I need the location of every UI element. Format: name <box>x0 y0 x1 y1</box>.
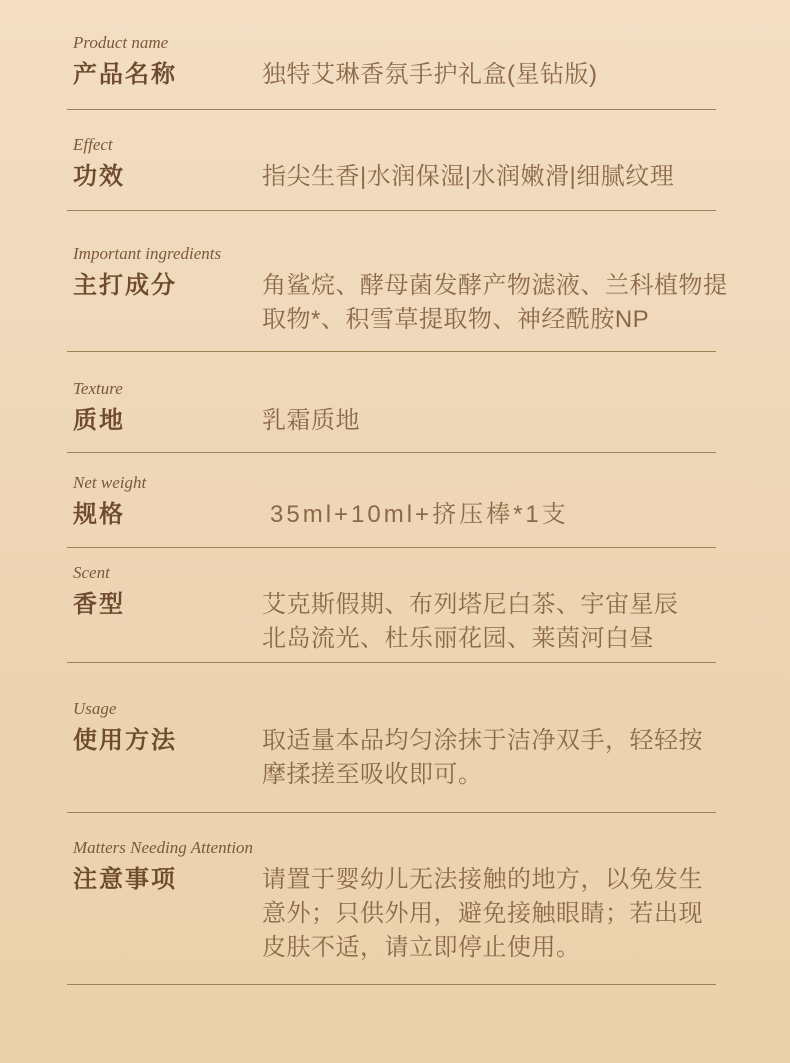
spec-label-en: Usage <box>73 698 728 720</box>
spec-value: 角鲨烷、酵母菌发酵产物滤液、兰科植物提 取物*、积雪草提取物、神经酰胺NP <box>262 269 728 337</box>
spec-row-product-name: Product name 产品名称 独特艾琳香氛手护礼盒(星钻版) <box>0 0 790 110</box>
spec-label-zh: 规格 <box>73 498 262 532</box>
bottom-spacer <box>0 985 790 1063</box>
spec-row-ingredients: Important ingredients 主打成分 角鲨烷、酵母菌发酵产物滤液… <box>0 211 790 352</box>
spec-row-scent: Scent 香型 艾克斯假期、布列塔尼白茶、宇宙星辰 北岛流光、杜乐丽花园、莱茵… <box>0 548 790 663</box>
spec-label-zh: 功效 <box>73 160 262 194</box>
spec-label-zh: 质地 <box>73 404 262 438</box>
spec-value: 艾克斯假期、布列塔尼白茶、宇宙星辰 北岛流光、杜乐丽花园、莱茵河白昼 <box>262 588 728 656</box>
spec-row-attention: Matters Needing Attention 注意事项 请置于婴幼儿无法接… <box>0 813 790 985</box>
spec-label-zh: 主打成分 <box>73 269 262 303</box>
spec-value: 指尖生香|水润保湿|水润嫩滑|细腻纹理 <box>262 160 728 194</box>
product-spec-table: Product name 产品名称 独特艾琳香氛手护礼盒(星钻版) Effect… <box>0 0 790 1063</box>
spec-label-en: Scent <box>73 562 728 584</box>
spec-value: 乳霜质地 <box>262 404 728 438</box>
spec-label-en: Important ingredients <box>73 243 728 265</box>
spec-label-zh: 注意事项 <box>73 863 262 897</box>
spec-row-net-weight: Net weight 规格 35ml+10ml+挤压棒*1支 <box>0 453 790 548</box>
spec-label-en: Net weight <box>73 472 728 494</box>
spec-label-en: Product name <box>73 32 728 54</box>
spec-value: 独特艾琳香氛手护礼盒(星钻版) <box>262 58 728 92</box>
spec-label-zh: 产品名称 <box>73 58 262 92</box>
spec-row-effect: Effect 功效 指尖生香|水润保湿|水润嫩滑|细腻纹理 <box>0 110 790 211</box>
spec-row-usage: Usage 使用方法 取适量本品均匀涂抹于洁净双手，轻轻按 摩揉搓至吸收即可。 <box>0 663 790 813</box>
spec-value: 请置于婴幼儿无法接触的地方，以免发生 意外；只供外用，避免接触眼睛；若出现 皮肤… <box>262 863 728 965</box>
spec-label-en: Texture <box>73 378 728 400</box>
spec-label-zh: 使用方法 <box>73 724 262 758</box>
spec-label-en: Effect <box>73 134 728 156</box>
spec-row-texture: Texture 质地 乳霜质地 <box>0 352 790 453</box>
spec-value: 35ml+10ml+挤压棒*1支 <box>262 498 728 532</box>
spec-label-zh: 香型 <box>73 588 262 622</box>
spec-label-en: Matters Needing Attention <box>73 837 728 859</box>
spec-value: 取适量本品均匀涂抹于洁净双手，轻轻按 摩揉搓至吸收即可。 <box>262 724 728 792</box>
